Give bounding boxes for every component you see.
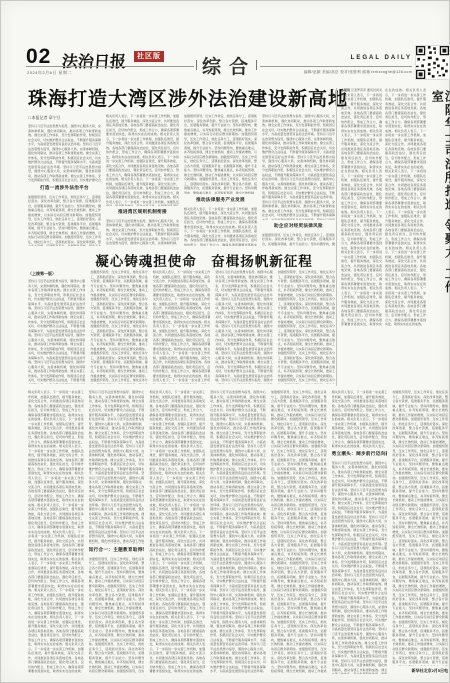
main-headline: 珠海打造大湾区涉外法治建设新高地 (28, 84, 335, 111)
body-text: 加强组织领导，压实工作责任，细化任务分工，逐项抓好落实。深化改革创新，整合各方资… (89, 557, 145, 674)
body-text: 加强组织领导，压实工作责任，细化任务分工，逐项抓好落实。深化改革创新，整合各方资… (262, 233, 335, 246)
masthead-logo: 法治日报 (61, 49, 127, 72)
body-text: 坚持以习近平法治思想为指导，围绕中心服务大局，完善体制机制，强化协同联动，推动各… (332, 461, 388, 674)
edition-badge: 社区版 (134, 51, 164, 62)
body-text: 相关负责人表示，下一步将进一步完善工作机制，加强队伍建设，提升服务效能，深化交流… (149, 390, 205, 674)
wire-credit: 新华社北京2月5日电 (392, 668, 448, 674)
section-tick-left (196, 60, 197, 70)
body-text: 坚持以习近平法治思想为指导，围绕中心服务大局，完善体制机制，强化协同联动，推动各… (106, 219, 179, 246)
main-article-columns: □ 本报记者 章宁旦 坚持以习近平法治思想为指导，围绕中心服务大局，完善体制机制… (28, 114, 335, 246)
top-article-column: 相关负责人表示，下一步将进一步完善工作机制，加强队伍建设，提升服务效能，深化交流… (106, 114, 179, 246)
second-article-columns-lower: 相关负责人表示，下一步将进一步完善工作机制，加强队伍建设，提升服务效能，深化交流… (28, 390, 448, 674)
subhead-ride-the-tide: 勇立潮头：阔步前行迈向新的征程 (332, 451, 388, 458)
legal-daily-label: LEGAL DAILY (330, 55, 412, 61)
second-article-column: 坚持以习近平法治思想为指导，围绕中心服务大局，完善体制机制，强化协同联动，推动各… (89, 390, 145, 674)
body-text: 坚持以习近平法治思想为指导，围绕中心服务大局，完善体制机制，强化协同联动，推动各… (89, 390, 145, 544)
header-rule-left (26, 66, 194, 67)
staff-line: 编辑/赵颖 美编/高岳 校对/张胜利 邮箱 fzrbzonghe@126.com (240, 70, 412, 75)
body-text: 加强组织领导，压实工作责任，细化任务分工，逐项抓好落实。深化改革创新，整合各方资… (278, 270, 335, 384)
continued-marker: （上接第一版） (28, 271, 85, 277)
second-article-column: 坚持以习近平法治思想为指导，围绕中心服务大局，完善体制机制，强化协同联动，推动各… (215, 270, 272, 384)
date-line: 2024年2月6日 星期二 (27, 70, 72, 76)
sidebar-vertical-headline: 江阴华士司法所打造“邻聚力”工作室 (430, 90, 450, 306)
second-article-column: 相关负责人表示，下一步将进一步完善工作机制，加强队伍建设，提升服务效能，深化交流… (153, 270, 210, 384)
second-article-column: 加强组织领导，压实工作责任，细化任务分工，逐项抓好落实。深化改革创新，整合各方资… (271, 390, 327, 674)
body-text: 坚持以习近平法治思想为指导，围绕中心服务大局，完善体制机制，强化协同联动，推动各… (215, 270, 272, 384)
body-text: 坚持以习近平法治思想为指导，围绕中心服务大局，完善体制机制，强化协同联动，推动各… (262, 114, 335, 220)
second-article-column: 加强组织领导，压实工作责任，细化任务分工，逐项抓好落实。深化改革创新，整合各方资… (90, 270, 147, 384)
sidebar-divider (336, 88, 337, 386)
main-byline: □ 本报记者 章宁旦 (28, 115, 101, 121)
body-text: 坚持以习近平法治思想为指导，围绕中心服务大局，完善体制机制，强化协同联动，推动各… (28, 124, 101, 182)
second-headline: 凝心铸魂担使命 奋楫扬帆新征程 (28, 250, 380, 270)
second-article-column: 加强组织领导，压实工作责任，细化任务分工，逐项抓好落实。深化改革创新，整合各方资… (278, 270, 335, 384)
body-text: 相关负责人表示，下一步将进一步完善工作机制，加强队伍建设，提升服务效能，深化交流… (106, 114, 179, 206)
section-tick-right (256, 60, 257, 70)
top-article-column: 坚持以习近平法治思想为指导，围绕中心服务大局，完善体制机制，强化协同联动，推动各… (262, 114, 335, 246)
second-article-column: （上接第一版） 坚持以习近平法治思想为指导，围绕中心服务大局，完善体制机制，强化… (28, 270, 85, 384)
second-article-column: 相关负责人表示，下一步将进一步完善工作机制，加强队伍建设，提升服务效能，深化交流… (149, 390, 205, 674)
body-text: 坚持以习近平法治思想为指导，围绕中心服务大局，完善体制机制，强化协同联动，推动各… (28, 279, 85, 384)
subhead-trade-risk: 助企应对经贸法律风险 (262, 223, 335, 230)
body-text: 相关负责人表示，下一步将进一步完善工作机制，加强队伍建设，提升服务效能，深化交流… (184, 207, 257, 246)
body-text: 加强组织领导，压实工作责任，细化任务分工，逐项抓好落实。深化改革创新，整合各方资… (90, 270, 147, 384)
second-article-column: 相关负责人表示，下一步将进一步完善工作机制，加强队伍建设，提升服务效能，深化交流… (28, 390, 84, 674)
body-text: 相关负责人表示，下一步将进一步完善工作机制，加强队伍建设，提升服务效能，深化交流… (341, 88, 426, 326)
body-text: 相关负责人表示，下一步将进一步完善工作机制，加强队伍建设，提升服务效能，深化交流… (153, 270, 210, 384)
sidebar-lead: 记者罗莎莎 通讯员何灵 (350, 88, 382, 92)
second-article-column: 相关负责人表示，下一步将进一步完善工作机制，加强队伍建设，提升服务效能，深化交流… (332, 390, 388, 674)
second-article-column: 加强组织领导，压实工作责任，细化任务分工，逐项抓好落实。深化改革创新，整合各方资… (392, 390, 448, 674)
second-article-columns-upper: （上接第一版） 坚持以习近平法治思想为指导，围绕中心服务大局，完善体制机制，强化… (28, 270, 335, 384)
subhead-legal-services: 推动法律服务产业发展 (184, 197, 257, 204)
body-text: 坚持以习近平法治思想为指导，围绕中心服务大局，完善体制机制，强化协同联动，推动各… (210, 390, 266, 674)
header-rule-right (260, 66, 412, 67)
body-text: 加强组织领导，压实工作责任，细化任务分工，逐项抓好落实。深化改革创新，整合各方资… (28, 195, 101, 246)
subhead-foreign-platform: 打造一流涉外法治平台 (28, 185, 101, 192)
sidebar-lead-label: 本报讯 (341, 88, 350, 92)
body-text: 加强组织领导，压实工作责任，细化任务分工，逐项抓好落实。深化改革创新，整合各方资… (184, 114, 257, 194)
top-article-column: 加强组织领导，压实工作责任，细化任务分工，逐项抓好落实。深化改革创新，整合各方资… (184, 114, 257, 246)
body-text: 相关负责人表示，下一步将进一步完善工作机制，加强队伍建设，提升服务效能，深化交流… (28, 390, 84, 674)
body-text: 加强组织领导，压实工作责任，细化任务分工，逐项抓好落实。深化改革创新，整合各方资… (271, 390, 327, 674)
qr-code (415, 45, 450, 80)
body-text: 相关负责人表示，下一步将进一步完善工作机制，加强队伍建设，提升服务效能，深化交流… (332, 390, 388, 448)
subhead-unity-of-knowledge: 知行合一：主题教育取得明显成效 (89, 547, 145, 554)
subhead-bay-rules: 推进湾区规则机制衔接 (106, 209, 179, 216)
second-article-column: 坚持以习近平法治思想为指导，围绕中心服务大局，完善体制机制，强化协同联动，推动各… (210, 390, 266, 674)
newspaper-page: 02 法治日报 社区版 2024年2月6日 星期二 综合 LEGAL DAILY… (0, 0, 450, 683)
sidebar-body-text: 本报讯 记者罗莎莎 通讯员何灵 相关负责人表示，下一步将进一步完善工作机制，加强… (341, 88, 426, 386)
top-article-column: □ 本报记者 章宁旦 坚持以习近平法治思想为指导，围绕中心服务大局，完善体制机制… (28, 114, 101, 246)
body-text: 加强组织领导，压实工作责任，细化任务分工，逐项抓好落实。深化改革创新，整合各方资… (392, 390, 448, 666)
